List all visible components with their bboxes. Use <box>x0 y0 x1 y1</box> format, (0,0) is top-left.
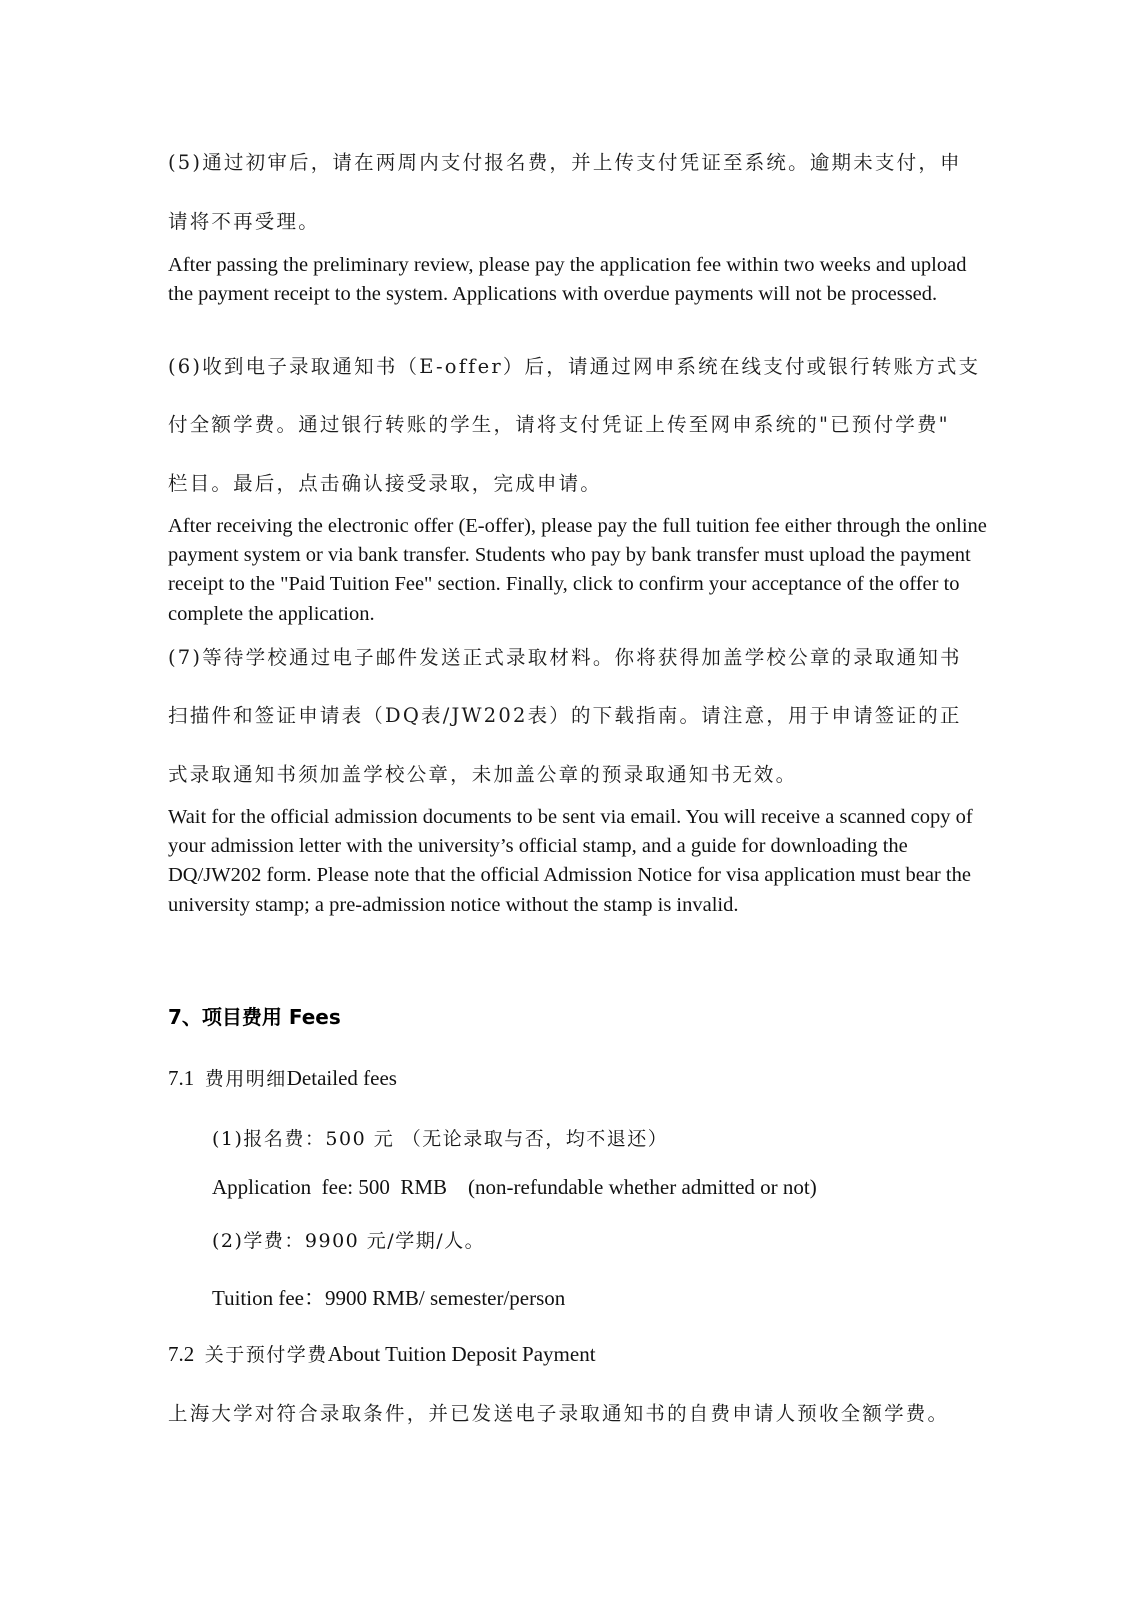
tuition-fee-zh: (2)学费：9900 元/学期/人。 <box>212 1226 485 1253</box>
step7-zh-line1: (7)等待学校通过电子邮件发送正式录取材料。你将获得加盖学校公章的录取通知书 <box>168 646 962 670</box>
subsection-7-1-en: Detailed fees <box>287 1066 397 1090</box>
step6-zh-line2: 付全额学费。通过银行转账的学生，请将支付凭证上传至网申系统的"已预付学费" <box>168 413 950 437</box>
step5-zh-line1: (5)通过初审后，请在两周内支付报名费，并上传支付凭证至系统。逾期未支付，申 <box>168 151 962 175</box>
subsection-7-2-number: 7.2 <box>168 1342 194 1366</box>
subsection-7-1-zh: 费用明细 <box>205 1068 287 1090</box>
application-fee-en: Application fee: 500 RMB (non-refundable… <box>212 1175 817 1200</box>
step6-zh-line3: 栏目。最后，点击确认接受录取，完成申请。 <box>168 472 602 496</box>
subsection-7-2-zh: 关于预付学费 <box>205 1344 328 1366</box>
subsection-7-2-en: About Tuition Deposit Payment <box>328 1342 596 1366</box>
deposit-zh-paragraph: 上海大学对符合录取条件，并已发送电子录取通知书的自费申请人预收全额学费。 <box>168 1402 949 1426</box>
step6-en-paragraph: After receiving the electronic offer (E-… <box>168 512 988 629</box>
section-heading-fees: 7、项目费用 Fees <box>168 1001 341 1030</box>
application-fee-zh: (1)报名费：500 元 （无论录取与否，均不退还） <box>212 1124 668 1151</box>
tuition-fee-en: Tuition fee：9900 RMB/ semester/person <box>212 1282 565 1312</box>
step7-zh-line2: 扫描件和签证申请表（DQ表/JW202表）的下载指南。请注意，用于申请签证的正 <box>168 704 962 728</box>
step5-en-paragraph: After passing the preliminary review, pl… <box>168 251 988 309</box>
step6-zh-line1: (6)收到电子录取通知书（E-offer）后，请通过网申系统在线支付或银行转账方… <box>168 355 980 379</box>
step5-zh-line2: 请将不再受理。 <box>168 210 320 234</box>
subsection-7-1-number: 7.1 <box>168 1066 194 1090</box>
step7-zh-line3: 式录取通知书须加盖学校公章，未加盖公章的预录取通知书无效。 <box>168 763 797 787</box>
document-page: (5)通过初审后，请在两周内支付报名费，并上传支付凭证至系统。逾期未支付，申 请… <box>0 0 1131 1600</box>
application-fee-zh-text: (1)报名费：500 元 （无论录取与否，均不退还） <box>212 1128 668 1150</box>
subsection-7-2-title: 7.2 关于预付学费About Tuition Deposit Payment <box>168 1340 596 1367</box>
tuition-fee-zh-text: (2)学费：9900 元/学期/人。 <box>212 1230 485 1252</box>
subsection-7-1-title: 7.1 费用明细Detailed fees <box>168 1064 397 1091</box>
step7-en-paragraph: Wait for the official admission document… <box>168 803 988 920</box>
